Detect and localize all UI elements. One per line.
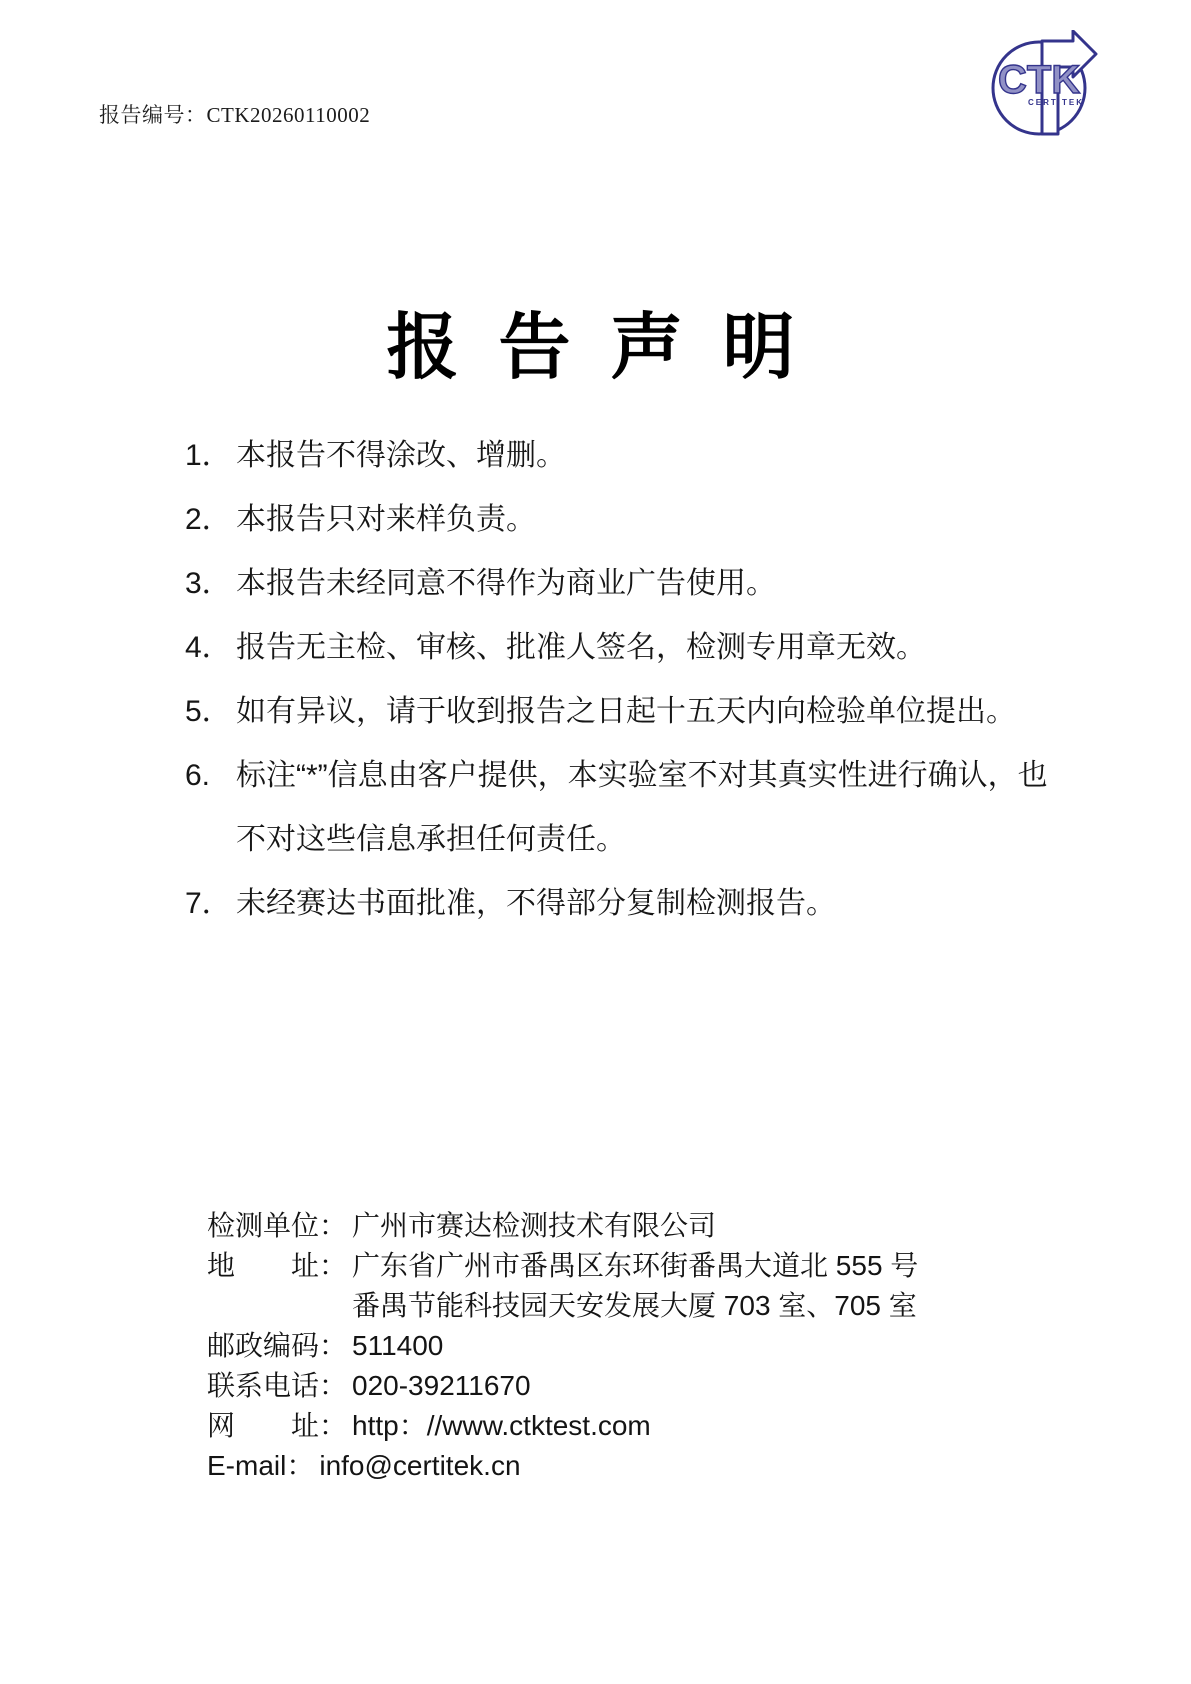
contact-value: 511400 <box>352 1326 443 1366</box>
statement-text: 标注“*”信息由客户提供，本实验室不对其真实性进行确认，也 <box>236 744 1048 808</box>
contact-row-address: 地 址： 广东省广州市番禺区东环街番禺大道北 555 号番禺节能科技园天安发展大… <box>207 1246 1007 1326</box>
contact-label: 联系电话： <box>207 1366 347 1406</box>
statement-item-7: 7． 未经赛达书面批准，不得部分复制检测报告。 <box>185 872 1095 936</box>
statement-item-2: 2． 本报告只对来样负责。 <box>185 488 1095 552</box>
contact-row-email: E-mail： info@certitek.cn <box>207 1446 1007 1486</box>
statement-text: 本报告不得涂改、增删。 <box>236 424 566 488</box>
contact-row-phone: 联系电话： 020-39211670 <box>207 1366 1007 1406</box>
statement-number: 1． <box>185 424 236 488</box>
contact-row-postcode: 邮政编码： 511400 <box>207 1326 1007 1366</box>
statement-number-spacer <box>185 808 236 872</box>
statement-text: 报告无主检、审核、批准人签名，检测专用章无效。 <box>236 616 926 680</box>
page-title: 报 告 声 明 <box>0 302 1191 394</box>
statement-text: 如有异议，请于收到报告之日起十五天内向检验单位提出。 <box>236 680 1016 744</box>
contact-label: E-mail： <box>207 1446 314 1486</box>
statement-item-4: 4． 报告无主检、审核、批准人签名，检测专用章无效。 <box>185 616 1095 680</box>
logo-text: CTK <box>998 58 1080 102</box>
statement-number: 7． <box>185 872 236 936</box>
statement-number: 2． <box>185 488 236 552</box>
statement-list: 1． 本报告不得涂改、增删。 2． 本报告只对来样负责。 3． 本报告未经同意不… <box>185 424 1095 936</box>
contact-value: 020-39211670 <box>352 1366 531 1406</box>
statement-number: 3． <box>185 552 236 616</box>
statement-text: 本报告未经同意不得作为商业广告使用。 <box>236 552 776 616</box>
statement-number: 4． <box>185 616 236 680</box>
contact-value: 广州市赛达检测技术有限公司 <box>352 1206 716 1246</box>
contact-label: 网 址： <box>207 1406 347 1446</box>
statement-item-6: 6. 标注“*”信息由客户提供，本实验室不对其真实性进行确认，也 <box>185 744 1095 808</box>
contact-label: 地 址： <box>207 1246 347 1326</box>
report-number-label: 报告编号： <box>99 103 207 127</box>
statement-number: 5． <box>185 680 236 744</box>
ctk-logo: CTK CERTITEK <box>986 30 1100 144</box>
contact-row-website: 网 址： http：//www.ctktest.com <box>207 1406 1007 1446</box>
report-statement-page: 报告编号：CTK20260110002 CTK CERTITEK 报 告 声 明… <box>0 0 1191 1684</box>
contact-value: http：//www.ctktest.com <box>352 1406 651 1446</box>
contact-row-unit: 检测单位： 广州市赛达检测技术有限公司 <box>207 1206 1007 1246</box>
logo-subtext: CERTITEK <box>1028 98 1084 107</box>
statement-item-1: 1． 本报告不得涂改、增删。 <box>185 424 1095 488</box>
statement-text: 不对这些信息承担任何责任。 <box>236 808 626 872</box>
statement-item-5: 5． 如有异议，请于收到报告之日起十五天内向检验单位提出。 <box>185 680 1095 744</box>
statement-number: 6. <box>185 744 236 808</box>
address-line-2: 番禺节能科技园天安发展大厦 703 室、705 室 <box>352 1286 918 1326</box>
address-line-1: 广东省广州市番禺区东环街番禺大道北 555 号 <box>352 1246 918 1286</box>
statement-text: 未经赛达书面批准，不得部分复制检测报告。 <box>236 872 836 936</box>
report-number-value: CTK20260110002 <box>207 103 371 127</box>
contact-label: 邮政编码： <box>207 1326 347 1366</box>
contact-value: info@certitek.cn <box>319 1446 520 1486</box>
contact-label: 检测单位： <box>207 1206 347 1246</box>
statement-item-6-continued: 不对这些信息承担任何责任。 <box>185 808 1095 872</box>
contact-block: 检测单位： 广州市赛达检测技术有限公司 地 址： 广东省广州市番禺区东环街番禺大… <box>207 1206 1007 1486</box>
report-number: 报告编号：CTK20260110002 <box>99 99 370 129</box>
ctk-logo-icon: CTK CERTITEK <box>986 30 1100 144</box>
statement-text: 本报告只对来样负责。 <box>236 488 536 552</box>
statement-item-3: 3． 本报告未经同意不得作为商业广告使用。 <box>185 552 1095 616</box>
contact-value: 广东省广州市番禺区东环街番禺大道北 555 号番禺节能科技园天安发展大厦 703… <box>352 1246 918 1326</box>
